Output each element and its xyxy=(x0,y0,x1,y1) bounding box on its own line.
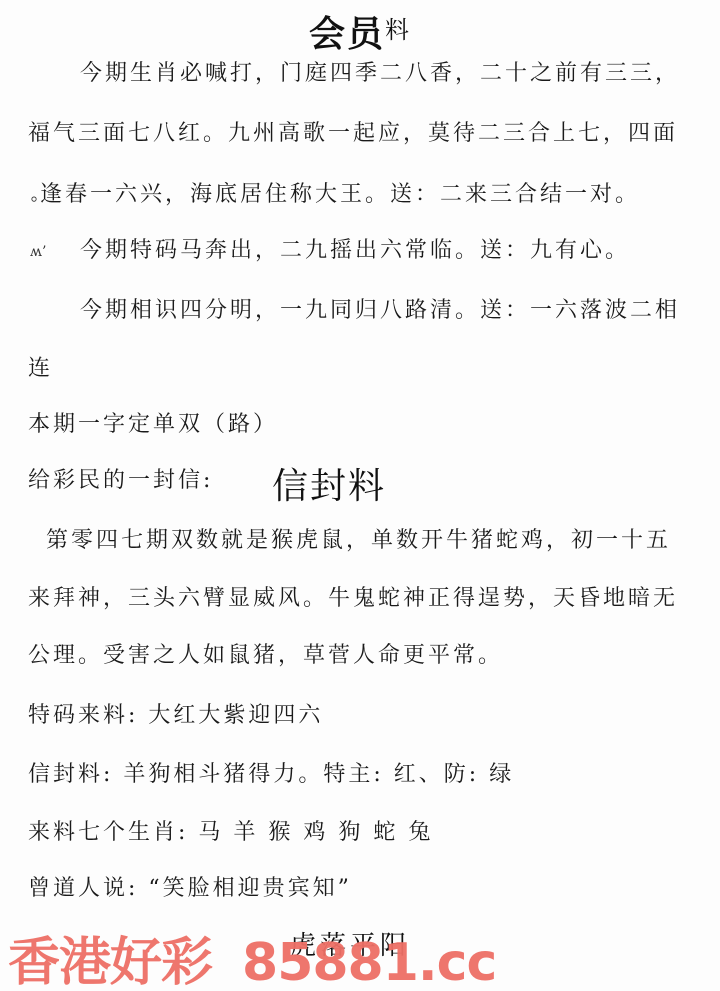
letter-body-line-2: 来拜神，三头六臂显威风。牛鬼蛇神正得逞势，天昏地暗无 xyxy=(28,588,678,610)
taoist-says-line: 曾道人说: “笑脸相迎贵宾知” xyxy=(28,878,352,900)
recognition-line-2: 连 xyxy=(28,358,53,380)
single-double-line: 本期一字定单双（路） xyxy=(28,414,278,436)
margin-mark: ⸰ xyxy=(30,190,38,209)
watermark: 香港好彩85881.cc xyxy=(8,920,496,991)
page-title: 会员料 xyxy=(0,6,720,57)
seven-zodiacs-line: 来料七个生肖: 马 羊 猴 鸡 狗 蛇 兔 xyxy=(28,822,433,844)
document-page: 会员料 今期生肖必喊打，门庭四季二八香，二十之前有三三， 福气三面七八红。九州高… xyxy=(0,0,720,991)
title-small: 料 xyxy=(385,16,411,44)
margin-scribble: ʍ’ xyxy=(30,244,46,260)
verse-line-3: 逢春一六兴，海底居住称大王。送：二来三合结一对。 xyxy=(40,184,640,206)
letter-body-line-1: 第零四七期双数就是猴虎鼠，单数开牛猪蛇鸡，初一十五 xyxy=(46,530,671,552)
special-code-source-line: 特码来料: 大红大紫迎四六 xyxy=(28,705,323,727)
verse-line-2: 福气三面七八红。九州高歌一起应，莫待二三合上七，四面 xyxy=(28,123,678,145)
title-main: 会员 xyxy=(309,13,385,55)
envelope-material-line: 信封料: 羊狗相斗猪得力。特主: 红、防: 绿 xyxy=(28,764,514,786)
watermark-domain: 85881.cc xyxy=(242,933,496,991)
special-code-line: 今期特码马奔出，二九摇出六常临。送：九有心。 xyxy=(80,240,630,262)
letter-title: 信封料 xyxy=(272,458,386,509)
watermark-brand: 香港好彩 xyxy=(8,933,212,991)
letter-label: 给彩民的一封信: xyxy=(28,470,213,492)
letter-body-line-3: 公理。受害之人如鼠猪，草菅人命更平常。 xyxy=(28,645,503,667)
recognition-line-1: 今期相识四分明，一九同归八路清。送：一六落波二相 xyxy=(80,300,680,322)
verse-line-1: 今期生肖必喊打，门庭四季二八香，二十之前有三三， xyxy=(80,63,680,85)
